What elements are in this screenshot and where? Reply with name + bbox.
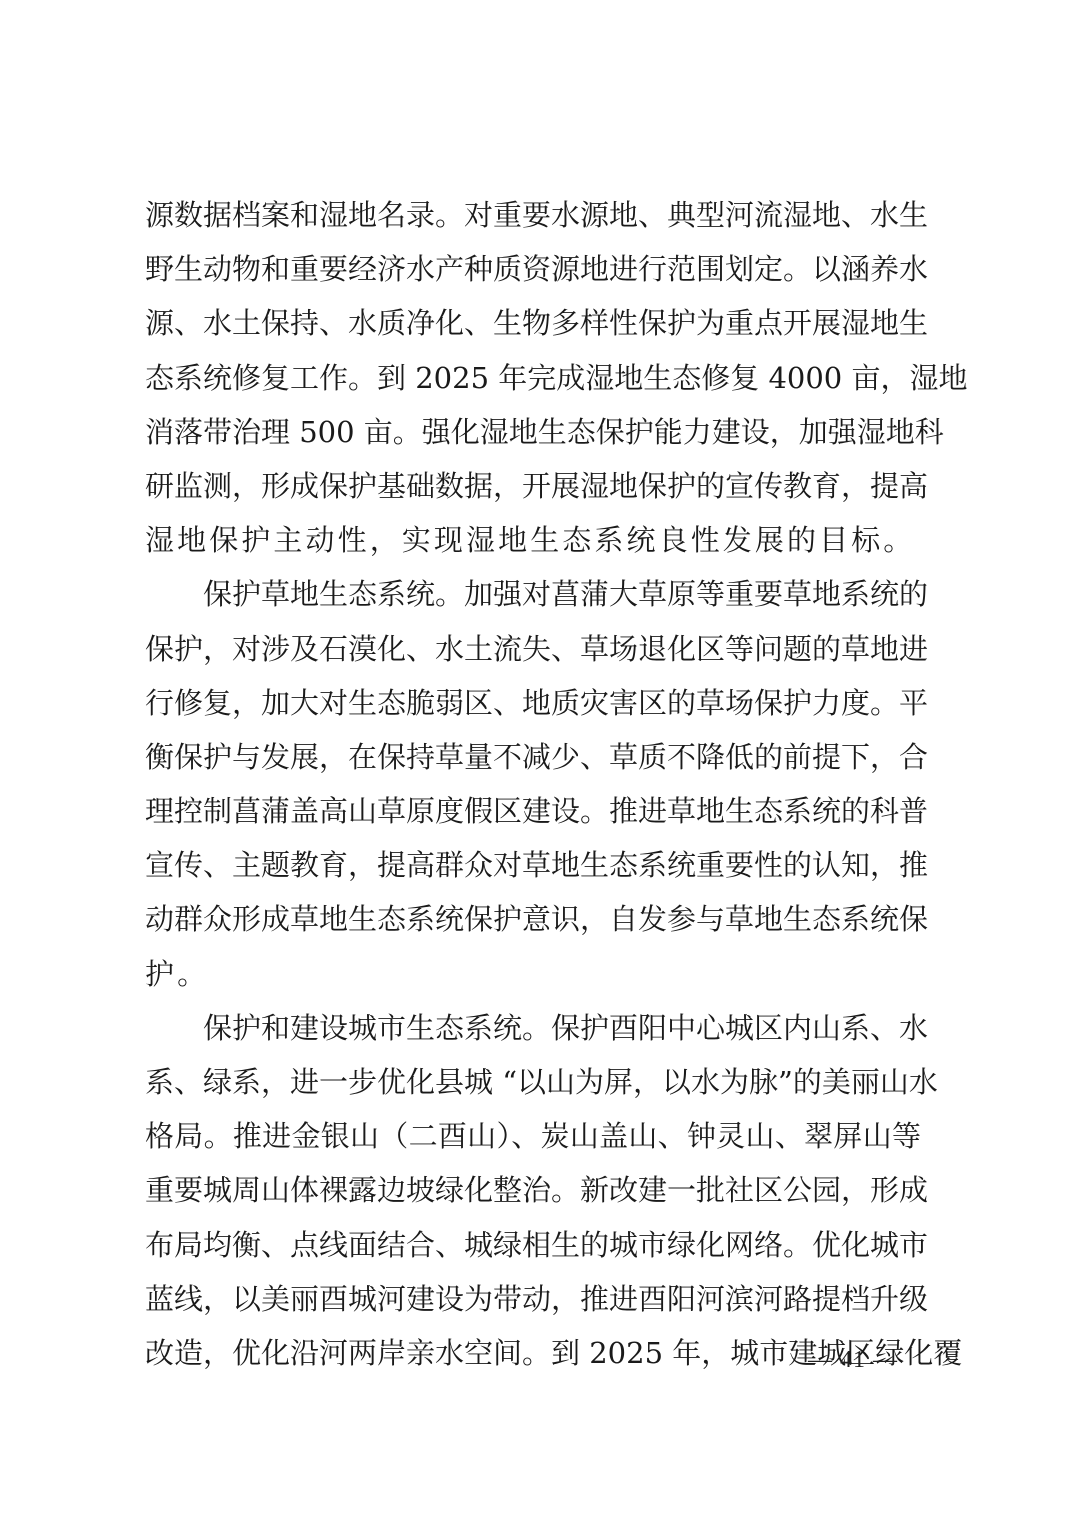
text-line: 衡保护与发展，在保持草量不减少、草质不降低的前提下，合 bbox=[145, 736, 921, 790]
text-line: 布局均衡、点线面结合、城绿相生的城市绿化网络。优化城市 bbox=[145, 1224, 921, 1278]
text-line: 湿地保护主动性，实现湿地生态系统良性发展的目标。 bbox=[145, 519, 925, 573]
text-line: 行修复，加大对生态脆弱区、地质灾害区的草场保护力度。平 bbox=[145, 682, 921, 736]
paragraph-heading-line: 保护草地生态系统。加强对菖蒲大草原等重要草地系统的 bbox=[145, 573, 921, 627]
text-line: 消落带治理 500 亩。强化湿地生态保护能力建设，加强湿地科 bbox=[145, 411, 921, 465]
text-line: 源、水土保持、水质净化、生物多样性保护为重点开展湿地生 bbox=[145, 302, 921, 356]
text-line: 态系统修复工作。到 2025 年完成湿地生态修复 4000 亩，湿地 bbox=[145, 357, 921, 411]
text-line: 保护，对涉及石漠化、水土流失、草场退化区等问题的草地进 bbox=[145, 628, 921, 682]
text-line: 改造，优化沿河两岸亲水空间。到 2025 年，城市建城区绿化覆 bbox=[145, 1332, 921, 1386]
text-line: 重要城周山体裸露边坡绿化整治。新改建一批社区公园，形成 bbox=[145, 1169, 921, 1223]
text-line: 蓝线，以美丽酉城河建设为带动，推进酉阳河滨河路提档升级 bbox=[145, 1278, 921, 1332]
page-number: — 41 — bbox=[808, 1347, 898, 1374]
text-line: 宣传、主题教育，提高群众对草地生态系统重要性的认知，推 bbox=[145, 844, 921, 898]
text-line: 研监测，形成保护基础数据，开展湿地保护的宣传教育，提高 bbox=[145, 465, 921, 519]
document-page: 源数据档案和湿地名录。对重要水源地、典型河流湿地、水生 野生动物和重要经济水产种… bbox=[0, 0, 1074, 1520]
text-line: 格局。推进金银山（二酉山）、炭山盖山、钟灵山、翠屏山等 bbox=[145, 1115, 921, 1169]
text-line: 动群众形成草地生态系统保护意识，自发参与草地生态系统保 bbox=[145, 898, 921, 952]
body-text: 源数据档案和湿地名录。对重要水源地、典型河流湿地、水生 野生动物和重要经济水产种… bbox=[145, 194, 925, 1386]
paragraph-heading-line: 保护和建设城市生态系统。保护酉阳中心城区内山系、水 bbox=[145, 1007, 921, 1061]
text-line: 源数据档案和湿地名录。对重要水源地、典型河流湿地、水生 bbox=[145, 194, 921, 248]
text-line: 系、绿系，进一步优化县城 “以山为屏，以水为脉”的美丽山水 bbox=[145, 1061, 921, 1115]
text-line: 护。 bbox=[145, 953, 925, 1007]
text-line: 理控制菖蒲盖高山草原度假区建设。推进草地生态系统的科普 bbox=[145, 790, 921, 844]
text-line: 野生动物和重要经济水产种质资源地进行范围划定。以涵养水 bbox=[145, 248, 921, 302]
